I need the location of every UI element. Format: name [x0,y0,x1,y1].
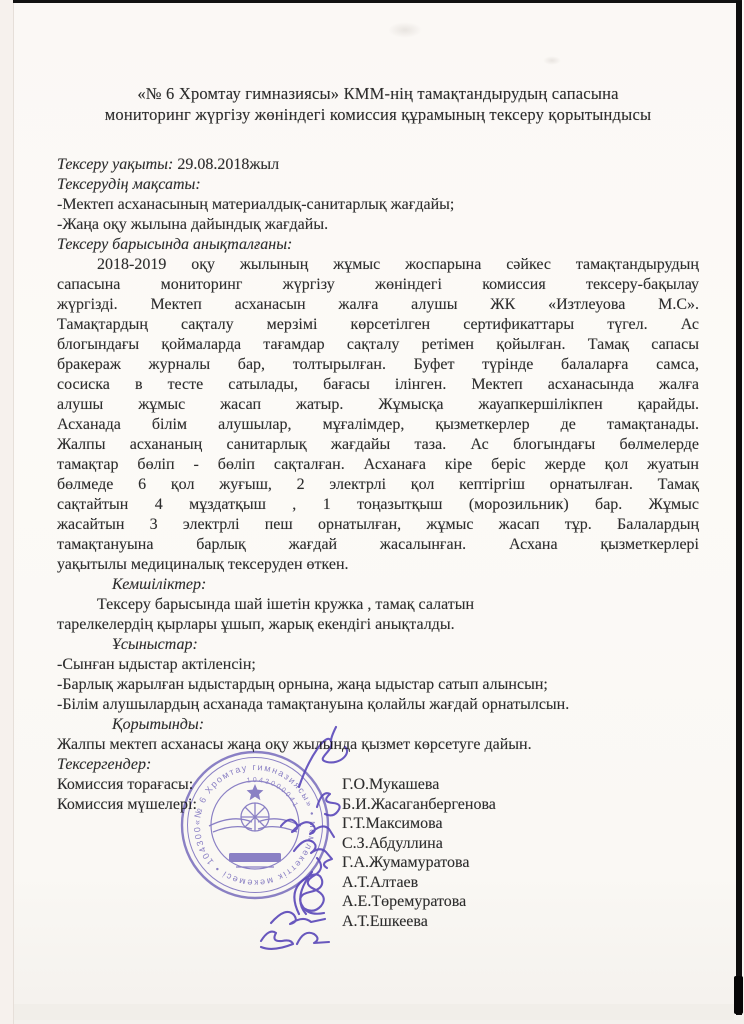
signer-row: А.Е.Төремуратова [57,892,699,912]
signer-row: А.Т.Алтаев [57,873,699,893]
line-text: алушы жұмыс жасап жатыр. Жұмысқа жауапке… [57,396,699,413]
scan-edge-corner [734,976,743,1014]
line-italic-label: Кемшіліктер: [112,576,206,593]
body-line: Тексергендер: [57,755,699,775]
body-line: тамақтар бөліп - бөліп сақталған. Асхана… [57,455,699,475]
body-line: жүргізді. Мектеп асханасын жалға алушы Ж… [57,295,699,315]
signer-role-label [57,873,342,893]
scan-smudge [543,56,561,65]
line-text: сосиска в тесте сатылады, бағасы ілінген… [57,376,699,393]
document-title-line: «№ 6 Хромтау гимназиясы» КММ-нің тамақта… [57,83,699,104]
line-text: жүргізді. Мектеп асханасын жалға алушы Ж… [57,296,699,313]
signer-name: Г.А.Жумамуратова [342,853,470,873]
signer-role-label [57,814,342,834]
line-text: блогындағы қоймаларда тағамдар сақталу р… [57,336,699,353]
body-line: Жалпы мектеп асханасы жаңа оқу жылында қ… [57,735,699,755]
signature-stroke [261,932,329,949]
signer-role-label [57,853,342,873]
signer-name: А.Т.Алтаев [342,873,418,893]
scan-edge-bottom [14,1004,734,1020]
signer-row: А.Т.Ешкеева [57,912,699,932]
body-line: 2018-2019 оқу жылының жұмыс жоспарына сә… [57,255,699,275]
line-text: Тексеру барысында шай ішетін кружка , та… [97,596,474,613]
body-line: -Мектеп асханасының материалдық-санитарл… [57,195,699,215]
body-line: бракераж журналы бар, толтырылған. Буфет… [57,355,699,375]
body-line: -Білім алушылардың асханада тамақтануына… [57,695,699,715]
body-line: Ұсыныстар: [57,635,699,655]
line-text: тамақтар бөліп - бөліп сақталған. Асхана… [57,456,699,473]
scan-smudge [388,22,422,38]
line-text: тамақтануына барлық жағдай жасалынған. А… [57,536,699,553]
body-line: уақытылы медициналық тексеруден өткен. [57,555,699,575]
signer-row: Г.А.Жумамуратова [57,853,699,873]
body-line: жасайтын 3 электрлі пеш орнатылған, жұмы… [57,515,699,535]
signer-name: А.Е.Төремуратова [342,892,466,912]
line-text: тарелкелердің қырлары ұшып, жарық екенді… [57,616,455,633]
line-text: 2018-2019 оқу жылының жұмыс жоспарына сә… [97,256,699,273]
signer-name: Г.О.Мукашева [342,775,439,795]
line-text: жасайтын 3 электрлі пеш орнатылған, жұмы… [57,516,699,533]
line-text: бөлмеде 6 қол жуғыш, 2 электрлі қол кепт… [57,476,699,493]
body-line: бөлмеде 6 қол жуғыш, 2 электрлі қол кепт… [57,475,699,495]
document-body: Тексеру уақыты: 29.08.2018жыл Тексерудің… [57,155,699,775]
line-text: Жалпы мектеп асханасы жаңа оқу жылында қ… [57,736,532,753]
line-text: -Жаңа оқу жылына дайындық жағдайы. [57,216,328,233]
signer-role-label: Комиссия торағасы: [57,775,342,795]
document-title: «№ 6 Хромтау гимназиясы» КММ-нің тамақта… [57,83,699,125]
signer-name: Б.И.Жасаганбергенова [342,795,496,815]
signer-row: Г.Т.Максимова [57,814,699,834]
line-text: -Мектеп асханасының материалдық-санитарл… [57,196,454,213]
body-line: Тексеру уақыты: 29.08.2018жыл [57,155,699,175]
line-italic-label: Тексеру барысында анықталғаны: [57,236,292,253]
body-line: Тексеру барысында анықталғаны: [57,235,699,255]
line-text: уақытылы медициналық тексеруден өткен. [57,556,349,573]
line-text: бракераж журналы бар, толтырылған. Буфет… [57,356,699,373]
line-text: Тамақтардың сақталу мерзімі көрсетілген … [57,316,699,333]
line-text: -Білім алушылардың асханада тамақтануына… [57,696,569,713]
signer-row: Комиссия мүшелері: Б.И.Жасаганбергенова [57,795,699,815]
line-text: Асханада білім алушылар, мұғалімдер, қыз… [57,416,699,433]
signer-name: С.З.Абдуллина [342,834,443,854]
body-line: сосиска в тесте сатылады, бағасы ілінген… [57,375,699,395]
line-italic-label: Қорытынды: [112,716,204,733]
signer-role-label [57,912,342,932]
scan-edge-top [13,0,742,3]
signer-name: А.Т.Ешкеева [342,912,428,932]
body-line: Асханада білім алушылар, мұғалімдер, қыз… [57,415,699,435]
body-line: Тамақтардың сақталу мерзімі көрсетілген … [57,315,699,335]
line-italic-label: Ұсыныстар: [112,636,198,653]
body-line: Қорытынды: [57,715,699,735]
body-line: тамақтануына барлық жағдай жасалынған. А… [57,535,699,555]
body-line: -Жаңа оқу жылына дайындық жағдайы. [57,215,699,235]
signer-role-label [57,834,342,854]
signer-row: С.З.Абдуллина [57,834,699,854]
body-line: тарелкелердің қырлары ұшып, жарық екенді… [57,615,699,635]
document-title-line: мониторинг жүргізу жөніндегі комиссия құ… [57,104,699,125]
line-text: сапасына мониторинг жүргізу жөніндегі ко… [57,276,699,293]
signer-row: Комиссия торағасы: Г.О.Мукашева [57,775,699,795]
body-line: Кемшіліктер: [57,575,699,595]
line-text: 29.08.2018жыл [173,156,279,173]
signer-role-label: Комиссия мүшелері: [57,795,342,815]
line-text: -Барлық жарылған ыдыстардың орнына, жаңа… [57,676,548,693]
body-line: -Сынған ыдыстар актіленсін; [57,655,699,675]
scanned-document-page: «№ 6 Хромтау гимназиясы» КММ-нің тамақта… [0,0,744,1024]
body-line: -Барлық жарылған ыдыстардың орнына, жаңа… [57,675,699,695]
body-line: сапасына мониторинг жүргізу жөніндегі ко… [57,275,699,295]
scan-edge-right [736,1,742,1015]
signer-name: Г.Т.Максимова [342,814,443,834]
line-text: сақтайтын 4 мұздатқыш , 1 тоңазытқыш (мо… [57,496,699,513]
body-line: Тексерудің мақсаты: [57,175,699,195]
line-text: Жалпы асхананың санитарлық жағдайы таза.… [57,436,699,453]
signature-block: Комиссия торағасы: Г.О.Мукашева Комиссия… [57,775,699,931]
document-content: «№ 6 Хромтау гимназиясы» КММ-нің тамақта… [57,83,699,931]
body-line: алушы жұмыс жасап жатыр. Жұмысқа жауапке… [57,395,699,415]
body-line: блогындағы қоймаларда тағамдар сақталу р… [57,335,699,355]
body-line: Жалпы асхананың санитарлық жағдайы таза.… [57,435,699,455]
line-text: -Сынған ыдыстар актіленсін; [57,656,256,673]
line-italic-label: Тексеру уақыты: [57,156,173,173]
signer-role-label [57,892,342,912]
line-italic-label: Тексерудің мақсаты: [57,176,201,193]
body-line: Тексеру барысында шай ішетін кружка , та… [57,595,699,615]
scan-left-gutter [0,0,14,1024]
body-line: сақтайтын 4 мұздатқыш , 1 тоңазытқыш (мо… [57,495,699,515]
line-italic-label: Тексергендер: [57,756,151,773]
